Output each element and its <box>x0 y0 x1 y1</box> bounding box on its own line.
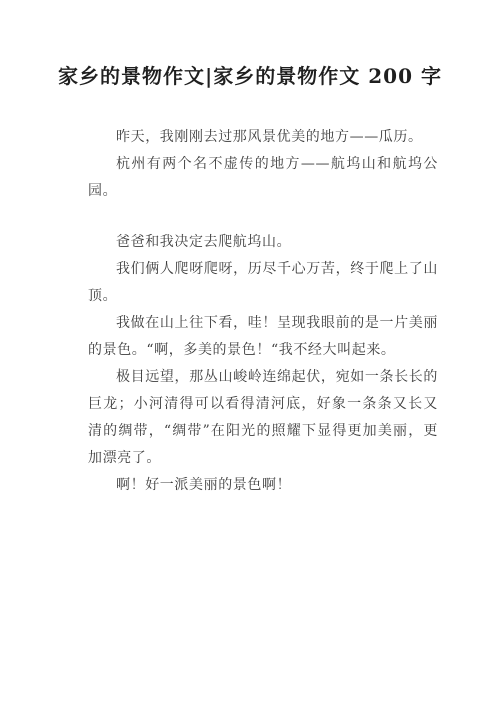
essay-paragraph: 我们俩人爬呀爬呀，历尽千心万苦，终于爬上了山顶。 <box>88 256 438 310</box>
essay-paragraph: 杭州有两个名不虚传的地方——航坞山和航坞公园。 <box>88 151 438 205</box>
page-title: 家乡的景物作文|家乡的景物作文 200 字 <box>0 60 500 89</box>
document-page: 家乡的景物作文|家乡的景物作文 200 字 昨天，我刚刚去过那风景优美的地方——… <box>0 0 500 708</box>
essay-paragraph: 爸爸和我决定去爬航坞山。 <box>88 229 438 256</box>
essay-paragraph: 昨天，我刚刚去过那风景优美的地方——瓜历。 <box>88 124 438 151</box>
essay-paragraph: 极目远望，那丛山峻岭连绵起伏，宛如一条长长的巨龙；小河清得可以看得清河底，好象一… <box>88 364 438 472</box>
essay-body: 昨天，我刚刚去过那风景优美的地方——瓜历。 杭州有两个名不虚传的地方——航坞山和… <box>88 124 438 499</box>
essay-paragraph: 我做在山上往下看，哇！呈现我眼前的是一片美丽的景色。“啊，多美的景色！“我不经大… <box>88 310 438 364</box>
essay-paragraph: 啊！好一派美丽的景色啊！ <box>88 472 438 499</box>
